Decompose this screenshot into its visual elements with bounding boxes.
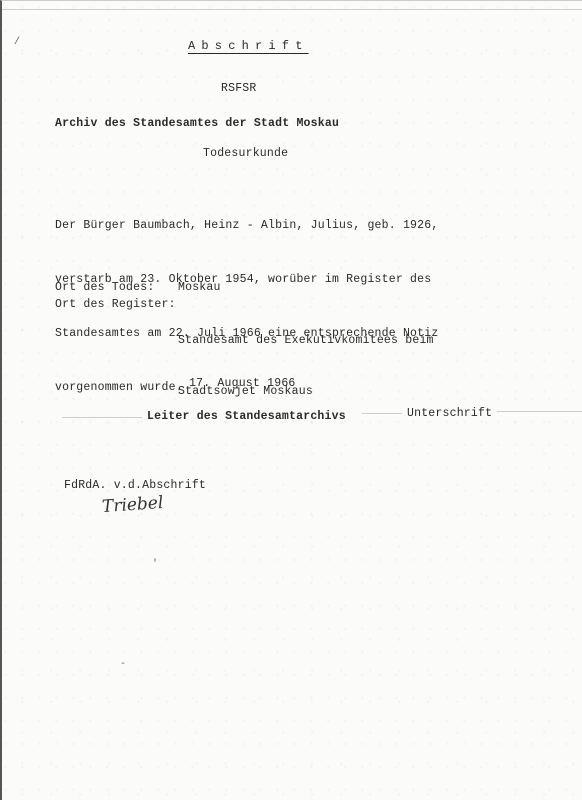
document-title: Abschrift xyxy=(188,39,309,53)
faint-line xyxy=(62,417,142,418)
document-type: Todesurkunde xyxy=(203,147,288,160)
archive-heading: Archiv des Standesamtes der Stadt Moskau xyxy=(55,117,339,130)
signatory-title: Leiter des Standesamtarchivs xyxy=(147,410,346,423)
scan-mark: / xyxy=(14,37,20,48)
register-line: Standesamt des Exekutivkomitees beim xyxy=(178,332,434,349)
handwritten-signature: Triebel xyxy=(101,493,164,517)
faint-line xyxy=(362,413,402,414)
scan-mark: ' xyxy=(152,559,158,570)
place-of-death-value: Moskau xyxy=(178,281,221,294)
country-heading: RSFSR xyxy=(221,82,257,95)
signature-label: Unterschrift xyxy=(407,407,492,420)
scan-edge xyxy=(2,9,582,10)
document-page: / Abschrift RSFSR Archiv des Standesamte… xyxy=(0,0,582,800)
issue-date: 17. August 1966 xyxy=(189,377,296,390)
faint-line xyxy=(497,411,582,412)
scan-mark: - xyxy=(120,659,126,670)
certification-note: FdRdA. v.d.Abschrift xyxy=(64,479,206,492)
place-of-death-label: Ort des Todes: xyxy=(55,281,154,294)
body-line: Der Bürger Baumbach, Heinz - Albin, Juli… xyxy=(55,217,438,235)
place-of-register-label: Ort des Register: xyxy=(55,298,176,311)
